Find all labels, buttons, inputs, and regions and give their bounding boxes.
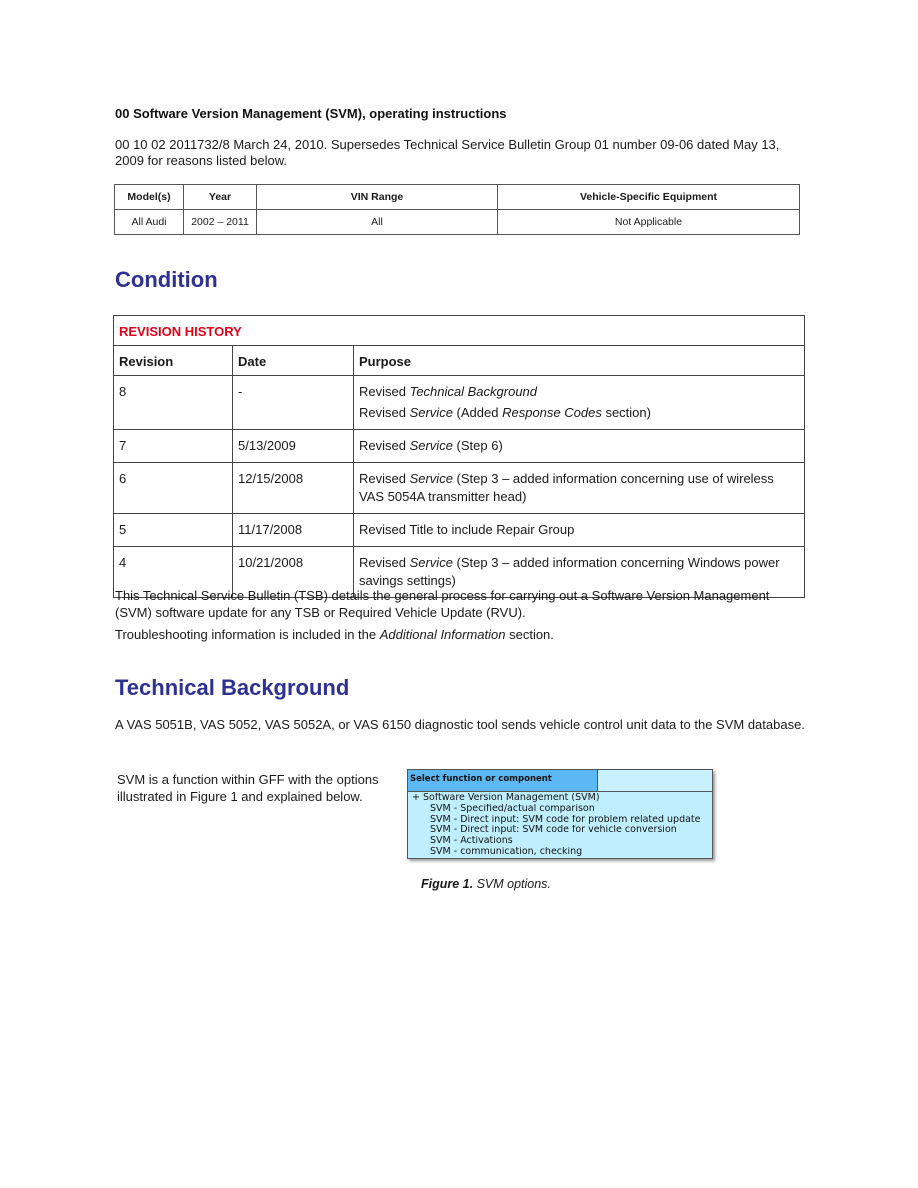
- table-row: 511/17/2008Revised Title to include Repa…: [114, 514, 805, 547]
- technical-background-heading: Technical Background: [115, 675, 349, 701]
- purpose-line: Revised Title to include Repair Group: [359, 521, 799, 539]
- cell-purpose: Revised Service (Step 6): [354, 430, 805, 463]
- figure-header-blank: [598, 770, 712, 791]
- table-row: All Audi 2002 – 2011 All Not Applicable: [115, 210, 800, 235]
- cell-revision: 5: [114, 514, 233, 547]
- revision-history-label: REVISION HISTORY: [114, 316, 805, 346]
- cell-purpose: Revised Title to include Repair Group: [354, 514, 805, 547]
- figure-header: Select function or component: [408, 770, 712, 792]
- cell-revision: 8: [114, 376, 233, 430]
- cell-revision: 6: [114, 463, 233, 514]
- select-function-label: Select function or component: [408, 770, 598, 791]
- svm-option-item[interactable]: SVM - Direct input: SVM code for vehicle…: [412, 825, 712, 836]
- purpose-line: Revised Service (Step 3 – added informat…: [359, 554, 799, 590]
- note-italic: Additional Information: [380, 627, 506, 642]
- header-year: Year: [184, 185, 257, 210]
- cell-date: -: [233, 376, 354, 430]
- purpose-line: Revised Service (Added Response Codes se…: [359, 404, 799, 422]
- cell-equipment: Not Applicable: [498, 210, 800, 235]
- svm-option-item[interactable]: SVM - Direct input: SVM code for problem…: [412, 815, 712, 826]
- tsb-description: This Technical Service Bulletin (TSB) de…: [115, 587, 805, 621]
- figure-caption: Figure 1. SVM options.: [421, 877, 551, 891]
- cell-models: All Audi: [115, 210, 184, 235]
- cell-date: 5/13/2009: [233, 430, 354, 463]
- bulletin-intro: 00 10 02 2011732/8 March 24, 2010. Super…: [115, 137, 805, 169]
- purpose-line: Revised Service (Step 6): [359, 437, 799, 455]
- purpose-line: Revised Service (Step 3 – added informat…: [359, 470, 799, 506]
- header-models: Model(s): [115, 185, 184, 210]
- model-table-header: Model(s) Year VIN Range Vehicle-Specific…: [115, 185, 800, 210]
- revision-table-header: Revision Date Purpose: [114, 346, 805, 376]
- cell-year: 2002 – 2011: [184, 210, 257, 235]
- table-row: 8-Revised Technical BackgroundRevised Se…: [114, 376, 805, 430]
- caption-text: SVM options.: [473, 877, 551, 891]
- model-table: Model(s) Year VIN Range Vehicle-Specific…: [114, 184, 800, 235]
- diagnostic-tool-description: A VAS 5051B, VAS 5052, VAS 5052A, or VAS…: [115, 716, 805, 733]
- svm-function-description: SVM is a function within GFF with the op…: [117, 771, 397, 805]
- svm-option-item[interactable]: SVM - communication, checking: [412, 847, 712, 858]
- caption-label: Figure 1.: [421, 877, 473, 891]
- document-title: 00 Software Version Management (SVM), op…: [115, 106, 507, 121]
- cell-purpose: Revised Service (Step 3 – added informat…: [354, 463, 805, 514]
- svm-option-item[interactable]: SVM - Activations: [412, 836, 712, 847]
- cell-date: 12/15/2008: [233, 463, 354, 514]
- header-date: Date: [233, 346, 354, 376]
- table-row: 75/13/2009Revised Service (Step 6): [114, 430, 805, 463]
- table-row: 612/15/2008Revised Service (Step 3 – add…: [114, 463, 805, 514]
- revision-rows: 8-Revised Technical BackgroundRevised Se…: [114, 376, 805, 598]
- cell-revision: 7: [114, 430, 233, 463]
- cell-purpose: Revised Technical BackgroundRevised Serv…: [354, 376, 805, 430]
- svm-option-list: + Software Version Management (SVM) SVM …: [408, 792, 712, 858]
- revision-history-table: REVISION HISTORY Revision Date Purpose 8…: [113, 315, 805, 598]
- cell-vin-range: All: [257, 210, 498, 235]
- header-equipment: Vehicle-Specific Equipment: [498, 185, 800, 210]
- cell-date: 11/17/2008: [233, 514, 354, 547]
- note-prefix: Troubleshooting information is included …: [115, 627, 380, 642]
- svm-option-item[interactable]: SVM - Specified/actual comparison: [412, 804, 712, 815]
- header-revision: Revision: [114, 346, 233, 376]
- svm-options-figure: Select function or component + Software …: [407, 769, 713, 859]
- header-vin-range: VIN Range: [257, 185, 498, 210]
- troubleshooting-note: Troubleshooting information is included …: [115, 627, 554, 642]
- purpose-line: Revised Technical Background: [359, 383, 799, 401]
- note-suffix: section.: [505, 627, 553, 642]
- condition-heading: Condition: [115, 267, 218, 293]
- svm-root-item: + Software Version Management (SVM): [412, 793, 712, 804]
- header-purpose: Purpose: [354, 346, 805, 376]
